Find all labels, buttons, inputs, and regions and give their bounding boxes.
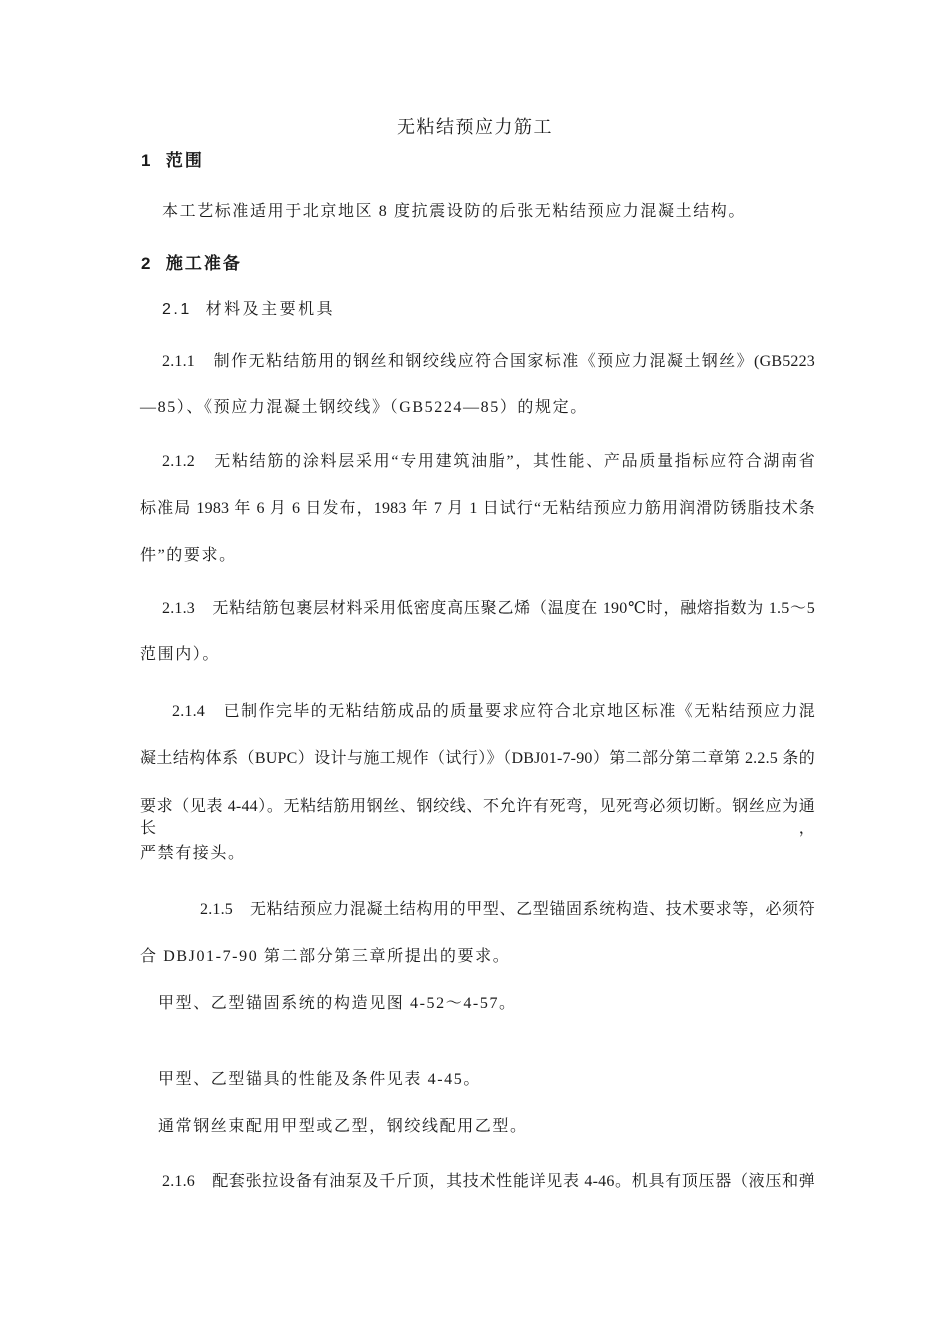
para-anchor-performance: 甲型、乙型锚具的性能及条件见表 4-45。 — [158, 1069, 481, 1091]
para-2-1-4-line-4: 严禁有接头。 — [140, 843, 246, 865]
para-anchor-usage: 通常钢丝束配用甲型或乙型，钢绞线配用乙型。 — [158, 1116, 528, 1138]
para-anchor-figures: 甲型、乙型锚固系统的构造见图 4-52～4-57。 — [158, 993, 517, 1015]
para-2-1-4-line-1: 2.1.4 已制作完毕的无粘结筋成品的质量要求应符合北京地区标准《无粘结预应力混 — [172, 701, 815, 723]
para-2-1-5-line-2: 合 DBJ01-7-90 第二部分第三章所提出的要求。 — [140, 946, 510, 968]
para-2-1-4-line-2: 凝土结构体系（BUPC）设计与施工规作（试行）》（DBJ01-7-90）第二部分… — [140, 748, 815, 770]
section-1-heading: 1 范围 — [141, 150, 204, 172]
document-title: 无粘结预应力筋工 — [0, 116, 950, 138]
page: 无粘结预应力筋工1 范围本工艺标准适用于北京地区 8 度抗震设防的后张无粘结预应… — [0, 0, 950, 1344]
para-2-1-5-line-1: 2.1.5 无粘结预应力混凝土结构用的甲型、乙型锚固系统构造、技术要求等，必须符 — [200, 899, 815, 921]
para-2-1-4-line-3: 要求（见表 4-44）。无粘结筋用钢丝、钢绞线、不允许有死弯，见死弯必须切断。钢… — [140, 796, 815, 840]
section-2-heading: 2 施工准备 — [141, 253, 242, 275]
para-2-1-3-line-1: 2.1.3 无粘结筋包裹层材料采用低密度高压聚乙烯（温度在 190℃时，融熔指数… — [162, 598, 815, 620]
para-2-1-3-line-2: 范围内）。 — [140, 644, 220, 666]
para-2-1-2-line-3: 件”的要求。 — [140, 545, 237, 567]
section-1-paragraph: 本工艺标准适用于北京地区 8 度抗震设防的后张无粘结预应力混凝土结构。 — [162, 201, 746, 223]
para-2-1-1-line-1: 2.1.1 制作无粘结筋用的钢丝和钢绞线应符合国家标准《预应力混凝土钢丝》(GB… — [162, 351, 815, 373]
para-2-1-1-line-2: —85）、《预应力混凝土钢绞线》（GB5224—85）的规定。 — [140, 397, 588, 419]
para-2-1-2-line-1: 2.1.2 无粘结筋的涂料层采用“专用建筑油脂”，其性能、产品质量指标应符合湖南… — [162, 451, 815, 473]
para-2-1-6-line-1: 2.1.6 配套张拉设备有油泵及千斤顶，其技术性能详见表 4-46。机具有顶压器… — [162, 1171, 815, 1193]
para-2-1-2-line-2: 标准局 1983 年 6 月 6 日发布，1983 年 7 月 1 日试行“无粘… — [140, 498, 815, 520]
subsection-2-1-heading: 2.1 材料及主要机具 — [162, 299, 335, 321]
